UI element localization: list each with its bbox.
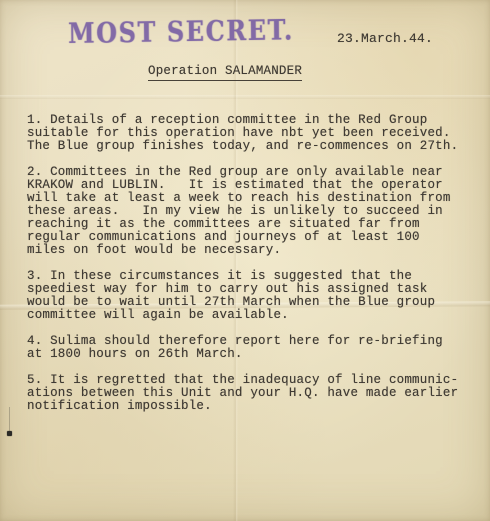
horizontal-crease-top <box>0 95 490 99</box>
document-page: MOST SECRET. 23.March.44. Operation SALA… <box>0 0 490 521</box>
paragraph-5: 5. It is regretted that the inadequacy o… <box>27 374 472 413</box>
ink-mark-tail <box>9 407 10 432</box>
paragraph-3: 3. In these circumstances it is suggeste… <box>27 270 472 322</box>
ink-dot-mark <box>7 431 12 436</box>
paragraph-4: 4. Sulima should therefore report here f… <box>27 335 472 361</box>
document-body: 1. Details of a reception committee in t… <box>27 114 472 426</box>
document-title: Operation SALAMANDER <box>148 64 302 81</box>
classification-stamp: MOST SECRET. <box>68 13 294 50</box>
paragraph-1: 1. Details of a reception committee in t… <box>27 114 472 153</box>
document-date: 23.March.44. <box>337 31 433 46</box>
paragraph-2: 2. Committees in the Red group are only … <box>27 166 472 257</box>
